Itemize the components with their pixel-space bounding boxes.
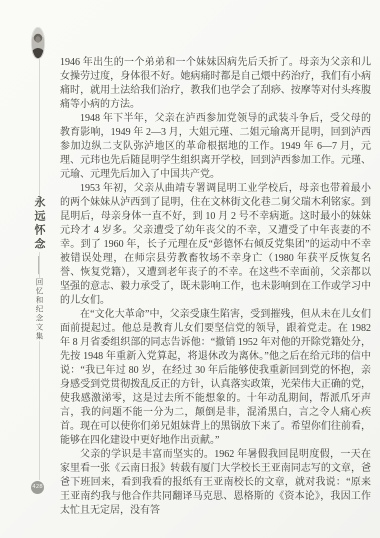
paragraph: 1953 年初，父亲从曲靖专署调昆明工业学校后，母亲也带着最小的两个妹妹从泸西到… xyxy=(60,182,371,308)
page-number-badge: 428 xyxy=(31,481,44,494)
portrait-photo-svg xyxy=(31,27,45,59)
book-title-main: 永远怀念 xyxy=(33,196,45,252)
paragraph: 父亲的学识是丰富而坚实的。1962 年暑假我回昆明度假，一天在家里看一张《云南日… xyxy=(60,448,371,518)
book-page: 永远怀念 —— 回忆和纪念文集 428 1946 年出生的一个弟弟和一个妹妹因病… xyxy=(0,0,380,538)
paragraph: 1946 年出生的一个弟弟和一个妹妹因病先后夭折了。母亲为父亲和儿女操劳过度，身… xyxy=(60,56,371,112)
paragraph: 1948 年下半年，父亲在泸西参加党领导的武装斗争后，受父母的教育影响，1949… xyxy=(60,112,371,182)
book-title-subtitle: 回忆和纪念文集 xyxy=(35,278,44,341)
portrait-photo-icon xyxy=(31,27,45,59)
paragraph: 在“文化大革命”中，父亲受康生陷害，受到摧残，但从未在儿女们面前提起过。他总是教… xyxy=(60,308,371,448)
title-divider-dash: —— xyxy=(34,256,44,274)
book-spine-title: 永远怀念 —— 回忆和纪念文集 xyxy=(31,196,47,341)
text-column: 1946 年出生的一个弟弟和一个妹妹因病先后夭折了。母亲为父亲和儿女操劳过度，身… xyxy=(60,56,371,518)
